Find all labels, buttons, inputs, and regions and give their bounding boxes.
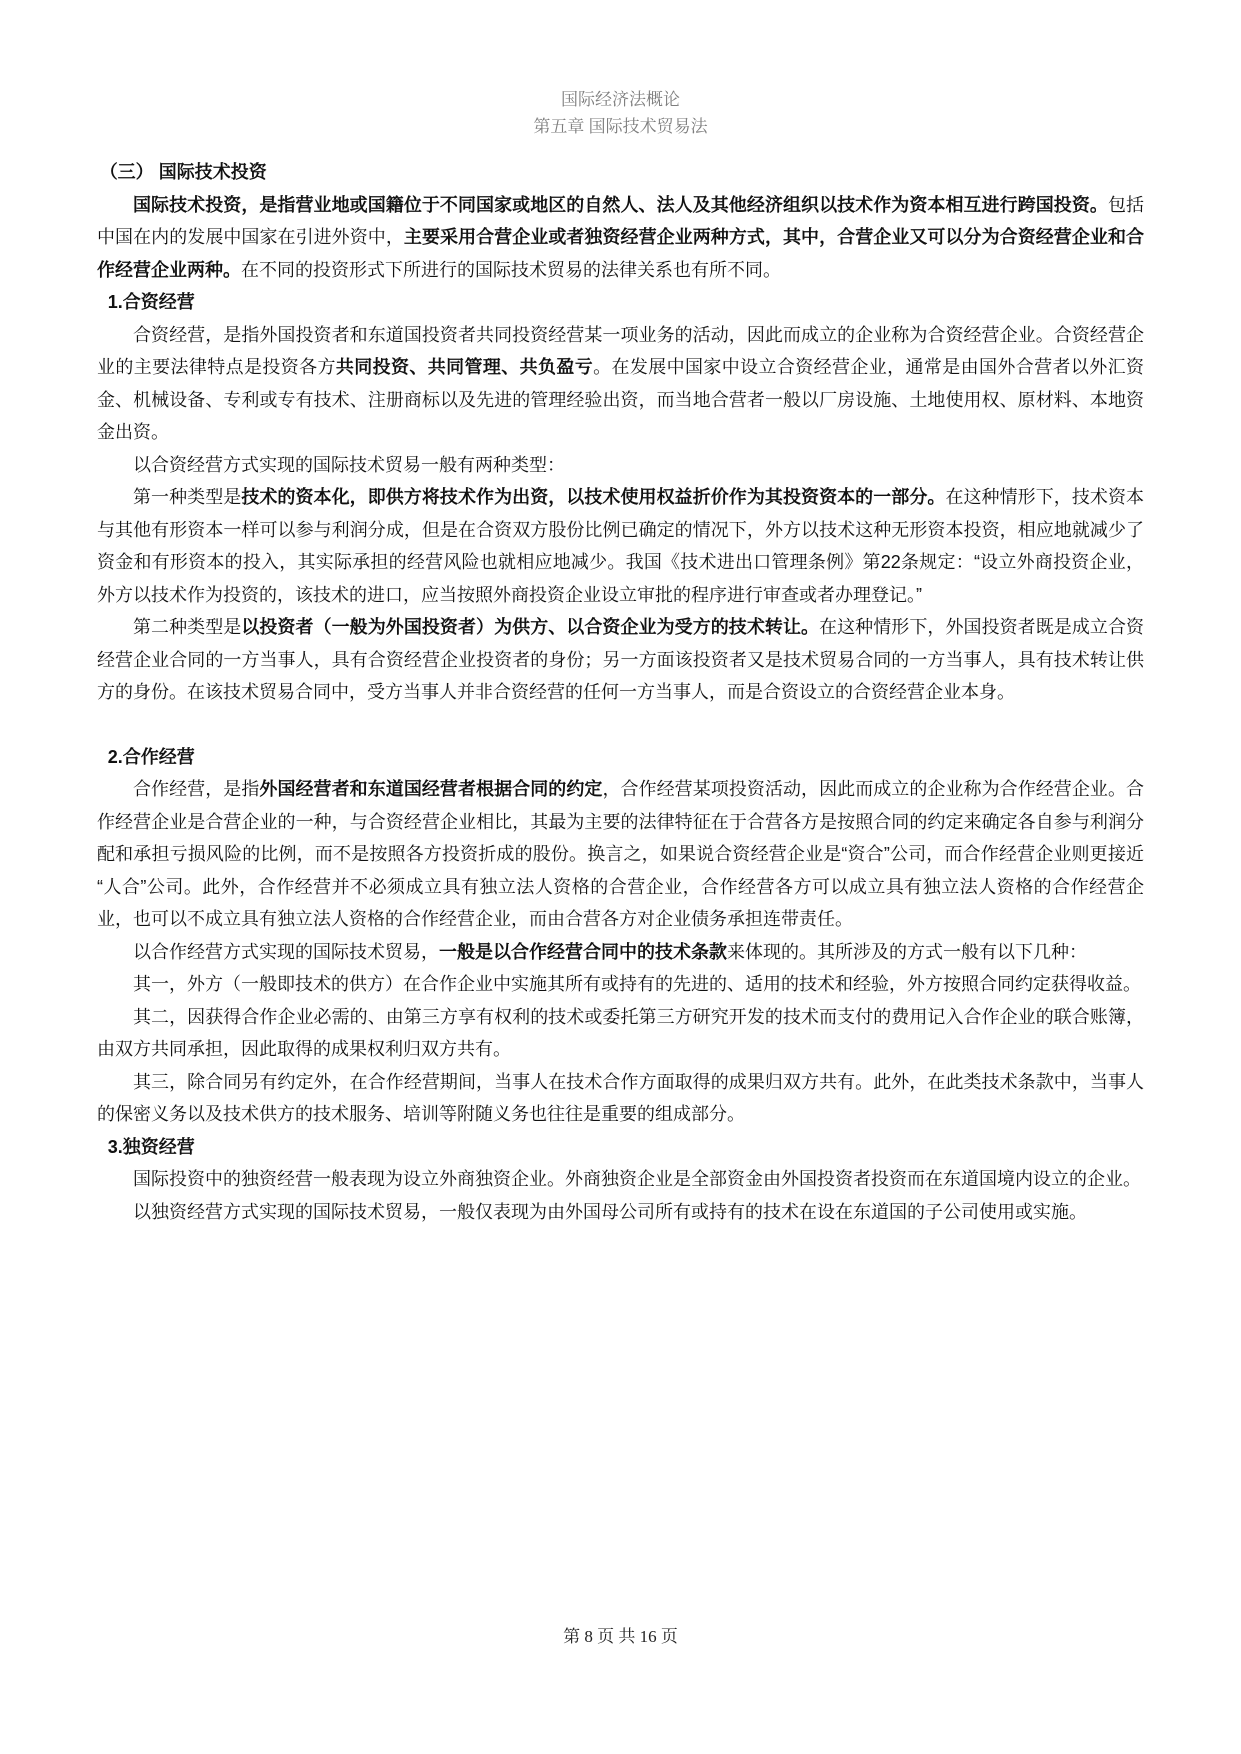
section-heading: 1.合资经营 bbox=[97, 286, 1144, 319]
paragraph: 国际技术投资，是指营业地或国籍位于不同国家或地区的自然人、法人及其他经济组织以技… bbox=[97, 189, 1144, 287]
document-body: （三） 国际技术投资国际技术投资，是指营业地或国籍位于不同国家或地区的自然人、法… bbox=[97, 156, 1144, 1228]
body-text: 以独资经营方式实现的国际技术贸易，一般仅表现为由外国母公司所有或持有的技术在设在… bbox=[133, 1202, 1087, 1222]
body-text: 其三，除合同另有约定外，在合作经营期间，当事人在技术合作方面取得的成果归双方共有… bbox=[97, 1072, 1144, 1125]
paragraph: 合资经营，是指外国投资者和东道国投资者共同投资经营某一项业务的活动，因此而成立的… bbox=[97, 319, 1144, 449]
chapter-title: 第五章 国际技术贸易法 bbox=[0, 113, 1241, 140]
paragraph: 其二，因获得合作企业必需的、由第三方享有权利的技术或委托第三方研究开发的技术而支… bbox=[97, 1001, 1144, 1066]
emphasis-text: 1.合资经营 bbox=[108, 292, 195, 312]
body-text: ，合作经营某项投资活动，因此而成立的企业称为合作经营企业。合作经营企业是合营企业… bbox=[97, 779, 1144, 929]
paragraph: 其一，外方（一般即技术的供方）在合作企业中实施其所有或持有的先进的、适用的技术和… bbox=[97, 968, 1144, 1001]
document-title: 国际经济法概论 bbox=[0, 86, 1241, 113]
body-text: 其一，外方（一般即技术的供方）在合作企业中实施其所有或持有的先进的、适用的技术和… bbox=[133, 974, 1141, 994]
body-text: 以合作经营方式实现的国际技术贸易， bbox=[133, 942, 439, 962]
body-text: 在不同的投资形式下所进行的国际技术贸易的法律关系也有所不同。 bbox=[241, 260, 781, 280]
body-text: 合作经营，是指 bbox=[133, 779, 259, 799]
page-number-label: 第 8 页 共 16 页 bbox=[563, 1627, 678, 1646]
paragraph: 以合资经营方式实现的国际技术贸易一般有两种类型： bbox=[97, 449, 1144, 482]
paragraph: 合作经营，是指外国经营者和东道国经营者根据合同的约定，合作经营某项投资活动，因此… bbox=[97, 773, 1144, 936]
body-text: 其二，因获得合作企业必需的、由第三方享有权利的技术或委托第三方研究开发的技术而支… bbox=[97, 1007, 1144, 1060]
paragraph: 以独资经营方式实现的国际技术贸易，一般仅表现为由外国母公司所有或持有的技术在设在… bbox=[97, 1196, 1144, 1229]
paragraph: 国际投资中的独资经营一般表现为设立外商独资企业。外商独资企业是全部资金由外国投资… bbox=[97, 1163, 1144, 1196]
emphasis-text: 国际技术投资，是指营业地或国籍位于不同国家或地区的自然人、法人及其他经济组织以技… bbox=[133, 195, 1108, 215]
emphasis-text: 一般是以合作经营合同中的技术条款 bbox=[439, 942, 727, 962]
body-text: 第二种类型是 bbox=[133, 617, 241, 637]
emphasis-text: 3.独资经营 bbox=[108, 1137, 195, 1157]
paragraph: 第一种类型是技术的资本化，即供方将技术作为出资，以技术使用权益折价作为其投资资本… bbox=[97, 481, 1144, 611]
emphasis-text: 技术的资本化，即供方将技术作为出资，以技术使用权益折价作为其投资资本的一部分。 bbox=[241, 487, 945, 507]
paragraph: 以合作经营方式实现的国际技术贸易，一般是以合作经营合同中的技术条款来体现的。其所… bbox=[97, 936, 1144, 969]
emphasis-text: 共同投资、共同管理、共负盈亏 bbox=[336, 357, 593, 377]
emphasis-text: 2.合作经营 bbox=[108, 747, 195, 767]
body-text: 来体现的。其所涉及的方式一般有以下几种： bbox=[727, 942, 1087, 962]
section-heading: 2.合作经营 bbox=[97, 741, 1144, 774]
emphasis-text: （三） 国际技术投资 bbox=[100, 162, 267, 182]
emphasis-text: 以投资者（一般为外国投资者）为供方、以合资企业为受方的技术转让。 bbox=[241, 617, 819, 637]
blank-line bbox=[97, 709, 1144, 741]
emphasis-text: 外国经营者和东道国经营者根据合同的约定 bbox=[259, 779, 602, 799]
paragraph: 其三，除合同另有约定外，在合作经营期间，当事人在技术合作方面取得的成果归双方共有… bbox=[97, 1066, 1144, 1131]
body-text: 以合资经营方式实现的国际技术贸易一般有两种类型： bbox=[133, 455, 565, 475]
paragraph: 第二种类型是以投资者（一般为外国投资者）为供方、以合资企业为受方的技术转让。在这… bbox=[97, 611, 1144, 709]
section-heading: 3.独资经营 bbox=[97, 1131, 1144, 1164]
body-text: 第一种类型是 bbox=[133, 487, 241, 507]
page-header: 国际经济法概论 第五章 国际技术贸易法 bbox=[0, 0, 1241, 140]
body-text: 国际投资中的独资经营一般表现为设立外商独资企业。外商独资企业是全部资金由外国投资… bbox=[133, 1169, 1141, 1189]
section-heading: （三） 国际技术投资 bbox=[97, 156, 1144, 189]
page-footer: 第 8 页 共 16 页 bbox=[0, 1622, 1241, 1647]
